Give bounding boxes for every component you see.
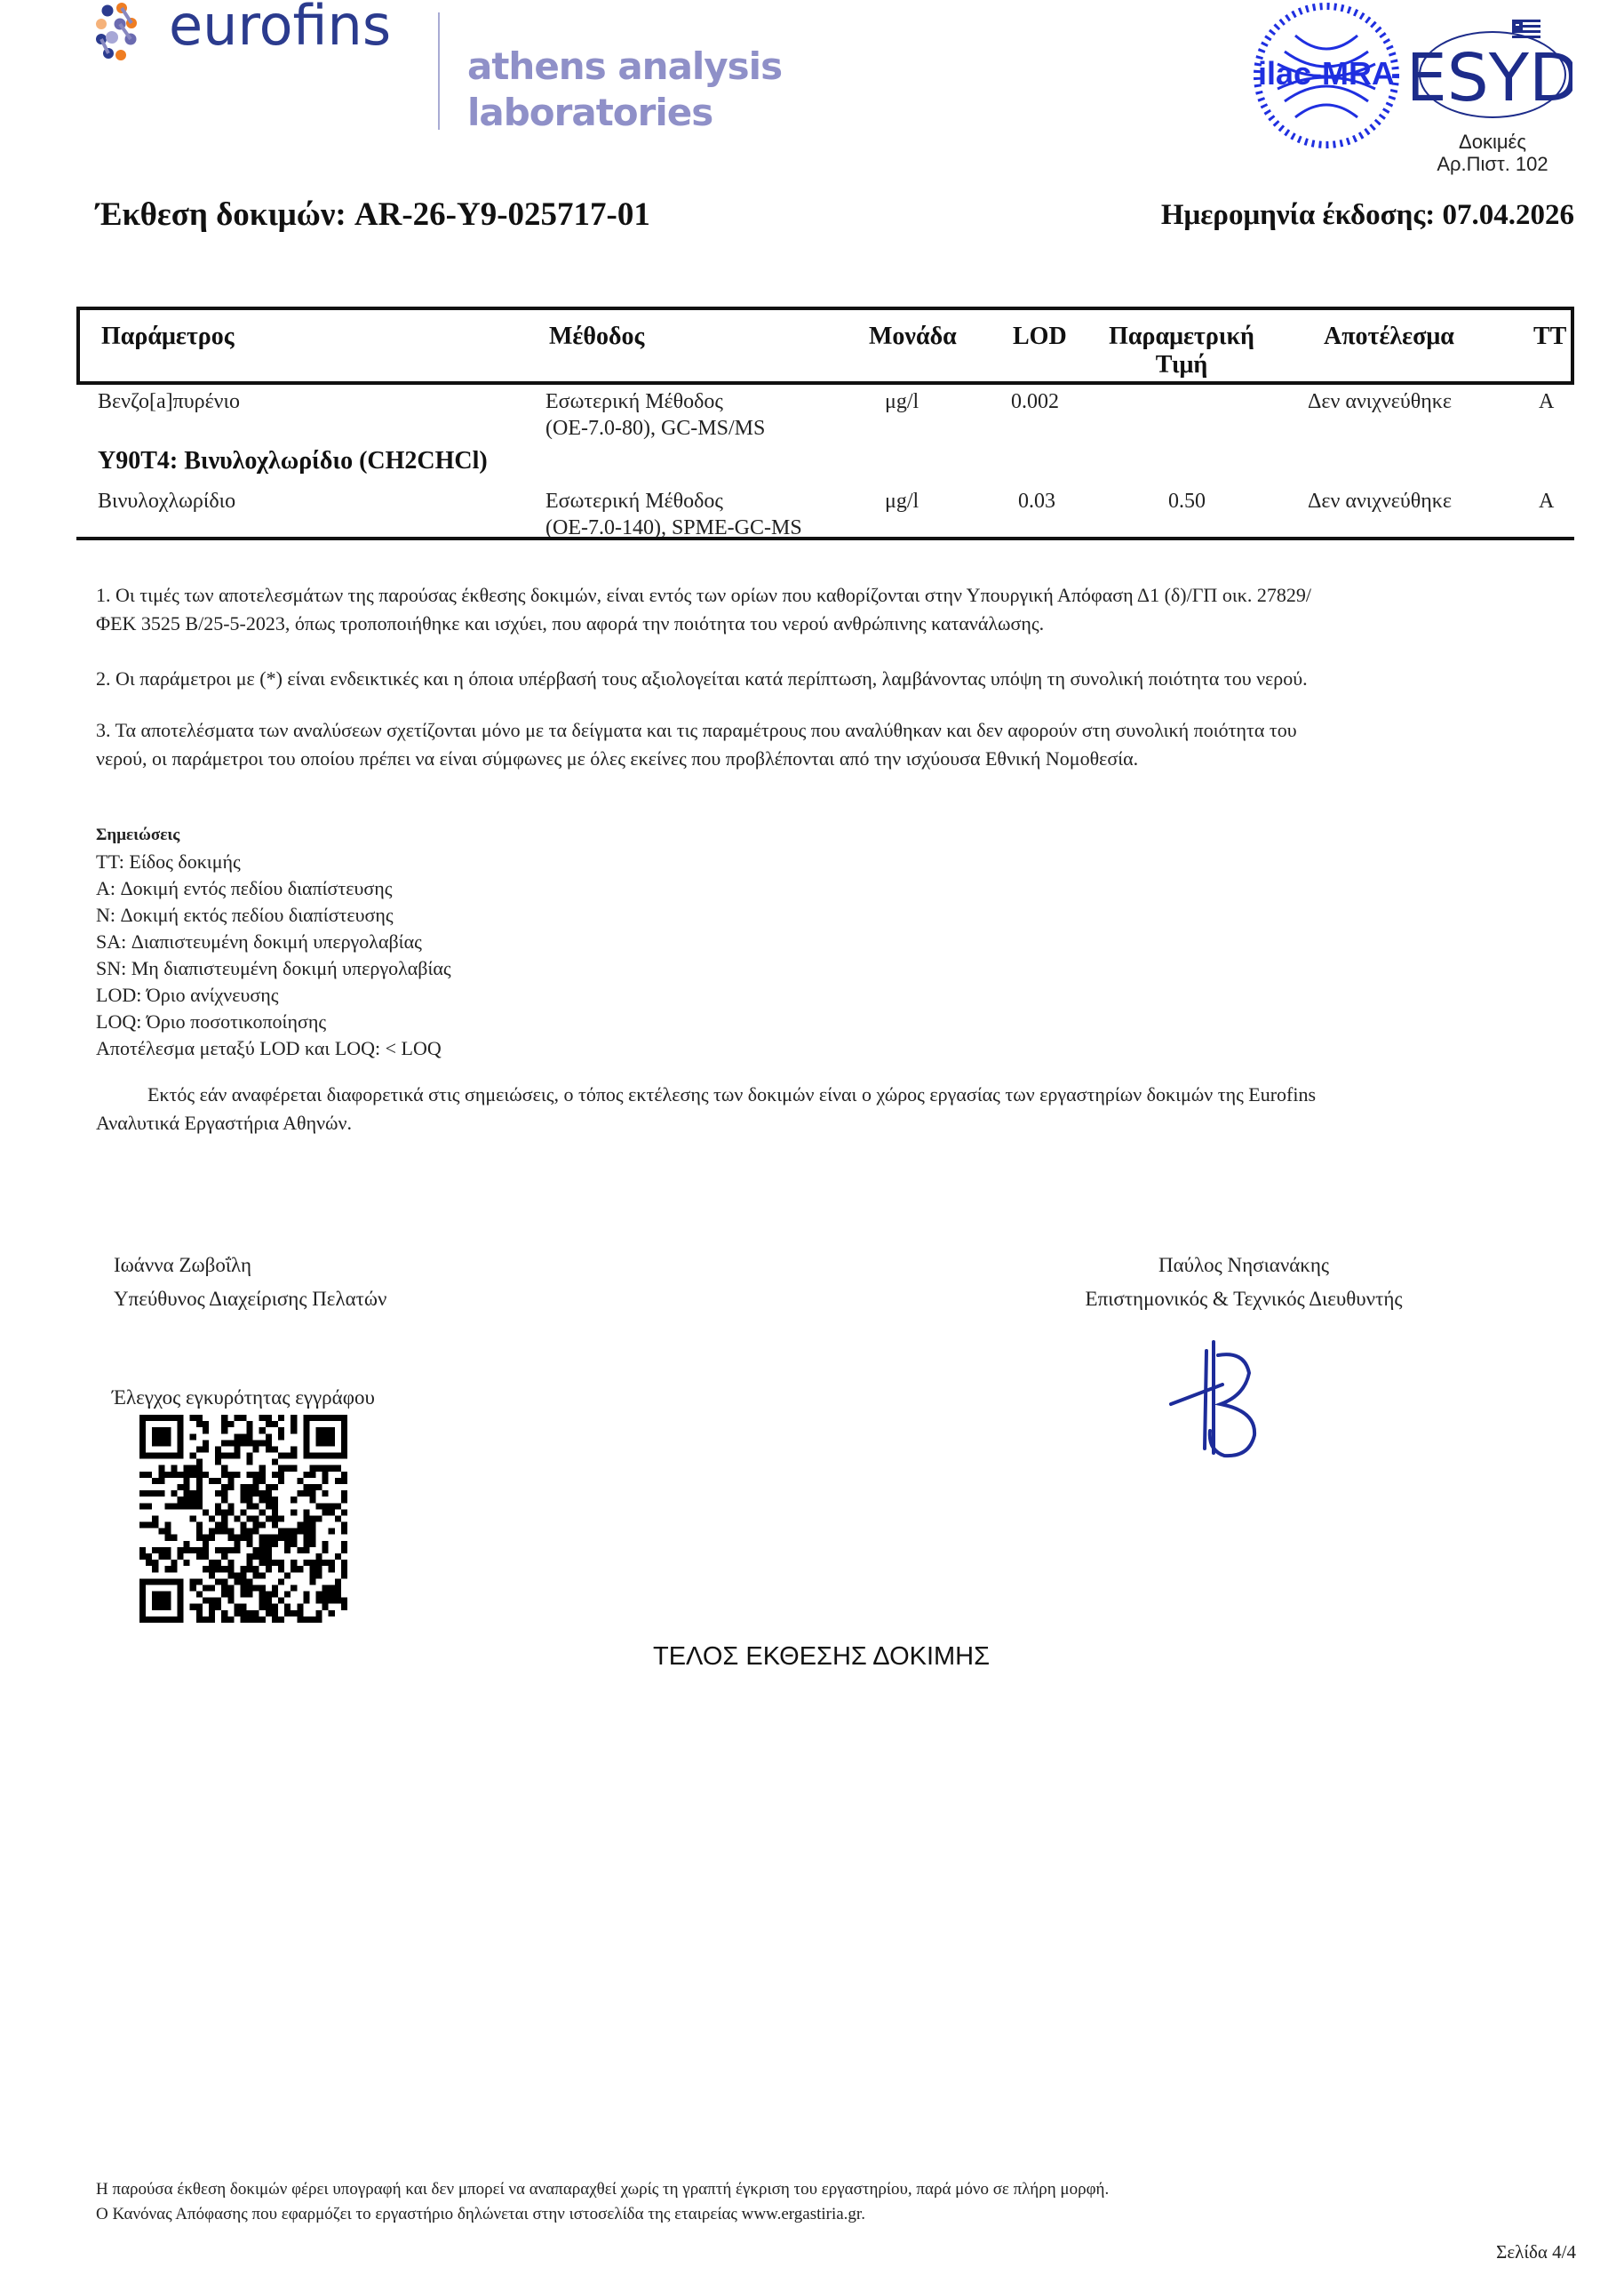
signatory-right: Παύλος Νησιανάκης Επιστημονικός & Τεχνικ… — [1022, 1249, 1466, 1316]
issue-date: Ημερομηνία έκδοσης: 07.04.2026 — [1161, 199, 1574, 232]
header-result: Αποτέλεσμα — [1324, 323, 1454, 351]
note-item: SA: Διαπιστευμένη δοκιμή υπεργολαβίας — [96, 929, 451, 955]
notes-heading: Σημειώσεις — [96, 822, 451, 849]
signatory-right-role: Επιστημονικός & Τεχνικός Διευθυντής — [1022, 1282, 1466, 1316]
accreditation-number: Αρ.Πιστ. 102 — [1421, 153, 1564, 176]
cell-tt: A — [1539, 388, 1554, 415]
note-item: SN: Μη διαπιστευμένη δοκιμή υπεργολαβίας — [96, 955, 451, 982]
subbrand-line-2: laboratories — [467, 91, 712, 134]
cell-unit: μg/l — [885, 388, 919, 415]
remark-3-line2: νερού, οι παράμετροι του οποίου πρέπει ν… — [96, 745, 1544, 773]
eurofins-logo: eurofins — [96, 0, 416, 64]
header-tt: TT — [1533, 323, 1566, 351]
remark-1-line1: 1. Οι τιμές των αποτελεσμάτων της παρούσ… — [96, 581, 1544, 610]
note-item: LOD: Όριο ανίχνευσης — [96, 982, 451, 1009]
eurofins-dots-icon — [96, 2, 160, 62]
header-unit: Μονάδα — [869, 323, 957, 351]
note-item: Αποτέλεσμα μεταξύ LOD και LOQ: < LOQ — [96, 1035, 451, 1062]
table-bottom-rule — [76, 537, 1574, 540]
remark-2: 2. Οι παράμετροι με (*) είναι ενδεικτικέ… — [96, 665, 1544, 693]
footer: Η παρούσα έκθεση δοκιμών φέρει υπογραφή … — [96, 2177, 1109, 2227]
validity-check-label: Έλεγχος εγκυρότητας εγγράφου — [112, 1386, 375, 1409]
cell-parametric-value: 0.50 — [1116, 488, 1258, 515]
cell-result: Δεν ανιχνεύθηκε — [1308, 488, 1452, 515]
note-item: N: Δοκιμή εκτός πεδίου διαπίστευσης — [96, 902, 451, 929]
logo-divider — [438, 12, 440, 130]
signature-icon — [1169, 1333, 1276, 1466]
table-header: Παράμετρος Μέθοδος Μονάδα LOD Παραμετρικ… — [76, 307, 1574, 385]
page-number: Σελίδα 4/4 — [1496, 2241, 1576, 2263]
notes-legend: Σημειώσεις TT: Είδος δοκιμής A: Δοκιμή ε… — [96, 822, 451, 1062]
cell-method-line1: Εσωτερική Μέθοδος — [545, 488, 723, 515]
cell-method-line1: Εσωτερική Μέθοδος — [545, 388, 723, 415]
cell-lod: 0.03 — [1018, 488, 1055, 515]
note-item: A: Δοκιμή εντός πεδίου διαπίστευσης — [96, 875, 451, 902]
test-location-note: Εκτός εάν αναφέρεται διαφορετικά στις ση… — [96, 1081, 1544, 1137]
cell-parameter: Βινυλοχλωρίδιο — [98, 488, 235, 515]
report-title: Έκθεση δοκιμών: AR-26-Y9-025717-01 — [96, 196, 650, 234]
header-parametric-value-line2: Τιμή — [1103, 351, 1260, 379]
remark-1-line2: ΦΕΚ 3525 Β/25-5-2023, όπως τροποποιήθηκε… — [96, 610, 1544, 638]
cell-method-line2: (OE-7.0-80), GC-MS/MS — [545, 415, 765, 442]
svg-text:ilac-MRA: ilac-MRA — [1258, 55, 1395, 92]
footer-line-1: Η παρούσα έκθεση δοκιμών φέρει υπογραφή … — [96, 2177, 1109, 2202]
group-title: Y90T4: Βινυλοχλωρίδιο (CH2CHCl) — [98, 447, 488, 475]
note-item: LOQ: Όριο ποσοτικοποίησης — [96, 1009, 451, 1035]
signatory-left-name: Ιωάννα Ζωβοΐλη — [114, 1249, 386, 1282]
cell-lod: 0.002 — [1011, 388, 1059, 415]
header-parametric-value: Παραμετρική Τιμή — [1103, 323, 1260, 379]
footer-line-2: Ο Κανόνας Απόφασης που εφαρμόζει το εργα… — [96, 2202, 1109, 2227]
signatory-left: Ιωάννα Ζωβοΐλη Υπεύθυνος Διαχείρισης Πελ… — [114, 1249, 386, 1316]
header-method: Μέθοδος — [549, 323, 644, 351]
remark-1: 1. Οι τιμές των αποτελεσμάτων της παρούσ… — [96, 581, 1544, 638]
remark-3: 3. Τα αποτελέσματα των αναλύσεων σχετίζο… — [96, 716, 1544, 773]
eurofins-wordmark: eurofins — [169, 0, 391, 58]
end-of-report-label: ΤΕΛΟΣ ΕΚΘΕΣΗΣ ΔΟΚΙΜΗΣ — [653, 1642, 990, 1672]
subbrand-line-1: athens analysis — [467, 44, 782, 88]
cell-result: Δεν ανιχνεύθηκε — [1308, 388, 1452, 415]
cell-parameter: Βενζο[a]πυρένιο — [98, 388, 240, 415]
svg-text:ESYD: ESYD — [1413, 40, 1572, 116]
header-parameter: Παράμετρος — [101, 323, 235, 351]
test-location-line1: Εκτός εάν αναφέρεται διαφορετικά στις ση… — [147, 1083, 1316, 1106]
accreditation-caption: Δοκιμές — [1421, 131, 1564, 154]
remark-3-line1: 3. Τα αποτελέσματα των αναλύσεων σχετίζο… — [96, 716, 1544, 745]
cell-unit: μg/l — [885, 488, 919, 515]
ilac-mra-logo-icon: ilac-MRA — [1251, 0, 1402, 151]
esyd-logo-icon: ESYD — [1413, 16, 1572, 123]
signatory-right-name: Παύλος Νησιανάκης — [1022, 1249, 1466, 1282]
signatory-left-role: Υπεύθυνος Διαχείρισης Πελατών — [114, 1282, 386, 1316]
note-item: TT: Είδος δοκιμής — [96, 849, 451, 875]
qr-code-icon[interactable] — [139, 1415, 348, 1623]
cell-tt: A — [1539, 488, 1554, 515]
test-location-line2: Αναλυτικά Εργαστήρια Αθηνών. — [44, 1109, 352, 1137]
header-parametric-value-line1: Παραμετρική — [1103, 323, 1260, 351]
header-lod: LOD — [1013, 323, 1067, 351]
